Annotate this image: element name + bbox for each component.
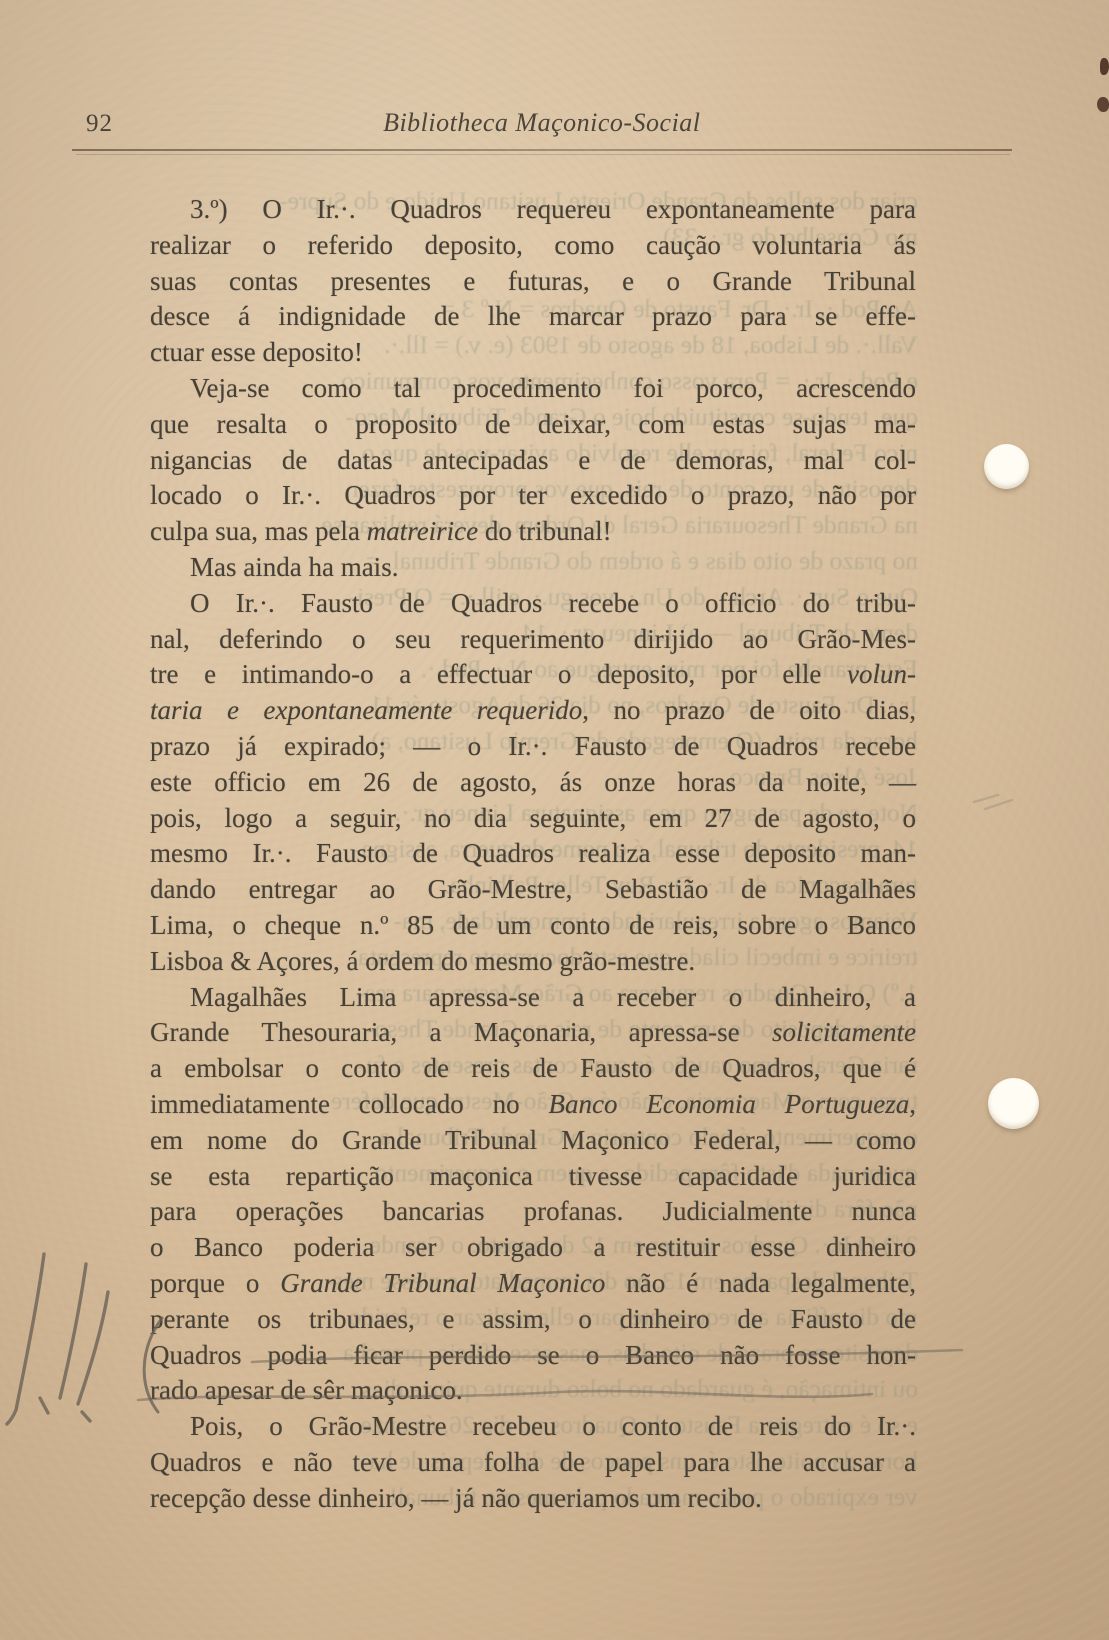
- text-line: suas contas presentes e futuras, e o Gra…: [150, 264, 916, 300]
- text-line: a embolsar o conto de reis de Fausto de …: [150, 1051, 916, 1087]
- text-line: tre e intimando-o a effectuar o deposito…: [150, 657, 916, 693]
- text-line: Magalhães Lima apressa-se a receber o di…: [150, 980, 916, 1016]
- text-line: immediatamente collocado no Banco Econom…: [150, 1087, 916, 1123]
- text-line: culpa sua, mas pela matreirice do tribun…: [150, 514, 916, 550]
- text-line: locado o Ir.·. Quadros por ter excedido …: [150, 478, 916, 514]
- text-line: Quadros e não teve uma folha de papel pa…: [150, 1445, 916, 1481]
- text-line: Mas ainda ha mais.: [150, 550, 916, 586]
- text-line: prazo já expirado; — o Ir.·. Fausto de Q…: [150, 729, 916, 765]
- pencil-stroke: [7, 1254, 44, 1424]
- text-line: Grande Thesouraria, a Maçonaria, apressa…: [150, 1015, 916, 1051]
- text-line: nal, deferindo o seu requerimento diriji…: [150, 622, 916, 658]
- text-line: rado apesar de sêr maçonico.: [150, 1373, 916, 1409]
- text-line: 3.º) O Ir.·. Quadros requereu expontanea…: [150, 192, 916, 228]
- text-line: nigancias de datas antecipadas e de demo…: [150, 443, 916, 479]
- text-line: perante os tribunaes, e assim, o dinheir…: [150, 1302, 916, 1338]
- text-line: O Ir.·. Fausto de Quadros recebe o offic…: [150, 586, 916, 622]
- text-line: Veja-se como tal procedimento foi porco,…: [150, 371, 916, 407]
- text-line: Pois, o Grão-Mestre recebeu o conto de r…: [150, 1409, 916, 1445]
- pencil-tick: [82, 1412, 90, 1421]
- text-line: ctuar esse deposito!: [150, 335, 916, 371]
- text-line: o Banco poderia ser obrigado a restituir…: [150, 1230, 916, 1266]
- ink-stain: [1097, 97, 1109, 112]
- text-line: pois, logo a seguir, no dia seguinte, em…: [150, 801, 916, 837]
- pencil-stroke: [60, 1264, 86, 1398]
- text-line: que resalta o proposito de deixar, com e…: [150, 407, 916, 443]
- running-title: Bibliotheca Maçonico-Social: [383, 108, 700, 138]
- page-text: 3.º) O Ir.·. Quadros requereu expontanea…: [150, 192, 916, 1516]
- pencil-smudge: [974, 795, 1012, 809]
- punch-hole: [984, 444, 1029, 489]
- header-rule-shadow: [76, 154, 1010, 155]
- text-line: se esta repartição maçonica tivesse capa…: [150, 1159, 916, 1195]
- pencil-tick: [40, 1398, 48, 1413]
- text-line: desce á indignidade de lhe marcar prazo …: [150, 299, 916, 335]
- ink-stain: [1100, 58, 1109, 75]
- text-line: este officio em 26 de agosto, ás onze ho…: [150, 765, 916, 801]
- text-line: porque o Grande Tribunal Maçonico não é …: [150, 1266, 916, 1302]
- text-line: Lima, o cheque n.º 85 de um conto de rei…: [150, 908, 916, 944]
- page-number: 92: [86, 110, 113, 138]
- text-line: em nome do Grande Tribunal Maçonico Fede…: [150, 1123, 916, 1159]
- pencil-stroke: [78, 1292, 108, 1404]
- header-rule: [72, 149, 1012, 151]
- text-line: mesmo Ir.·. Fausto de Quadros realiza es…: [150, 836, 916, 872]
- text-line: recepção desse dinheiro, — já não queria…: [150, 1481, 916, 1517]
- text-line: Quadros podia ficar perdido se o Banco n…: [150, 1338, 916, 1374]
- book-page: criar dos sellos do Grande Oriente Lusit…: [0, 0, 1109, 1640]
- punch-hole: [988, 1078, 1039, 1129]
- text-line: para operações bancarias profanas. Judic…: [150, 1194, 916, 1230]
- text-line: realizar o referido deposito, como cauçã…: [150, 228, 916, 264]
- text-line: Lisboa & Açores, á ordem do mesmo grão-m…: [150, 944, 916, 980]
- text-line: dando entregar ao Grão-Mestre, Sebastião…: [150, 872, 916, 908]
- text-line: taria e expontaneamente requerido, no pr…: [150, 693, 916, 729]
